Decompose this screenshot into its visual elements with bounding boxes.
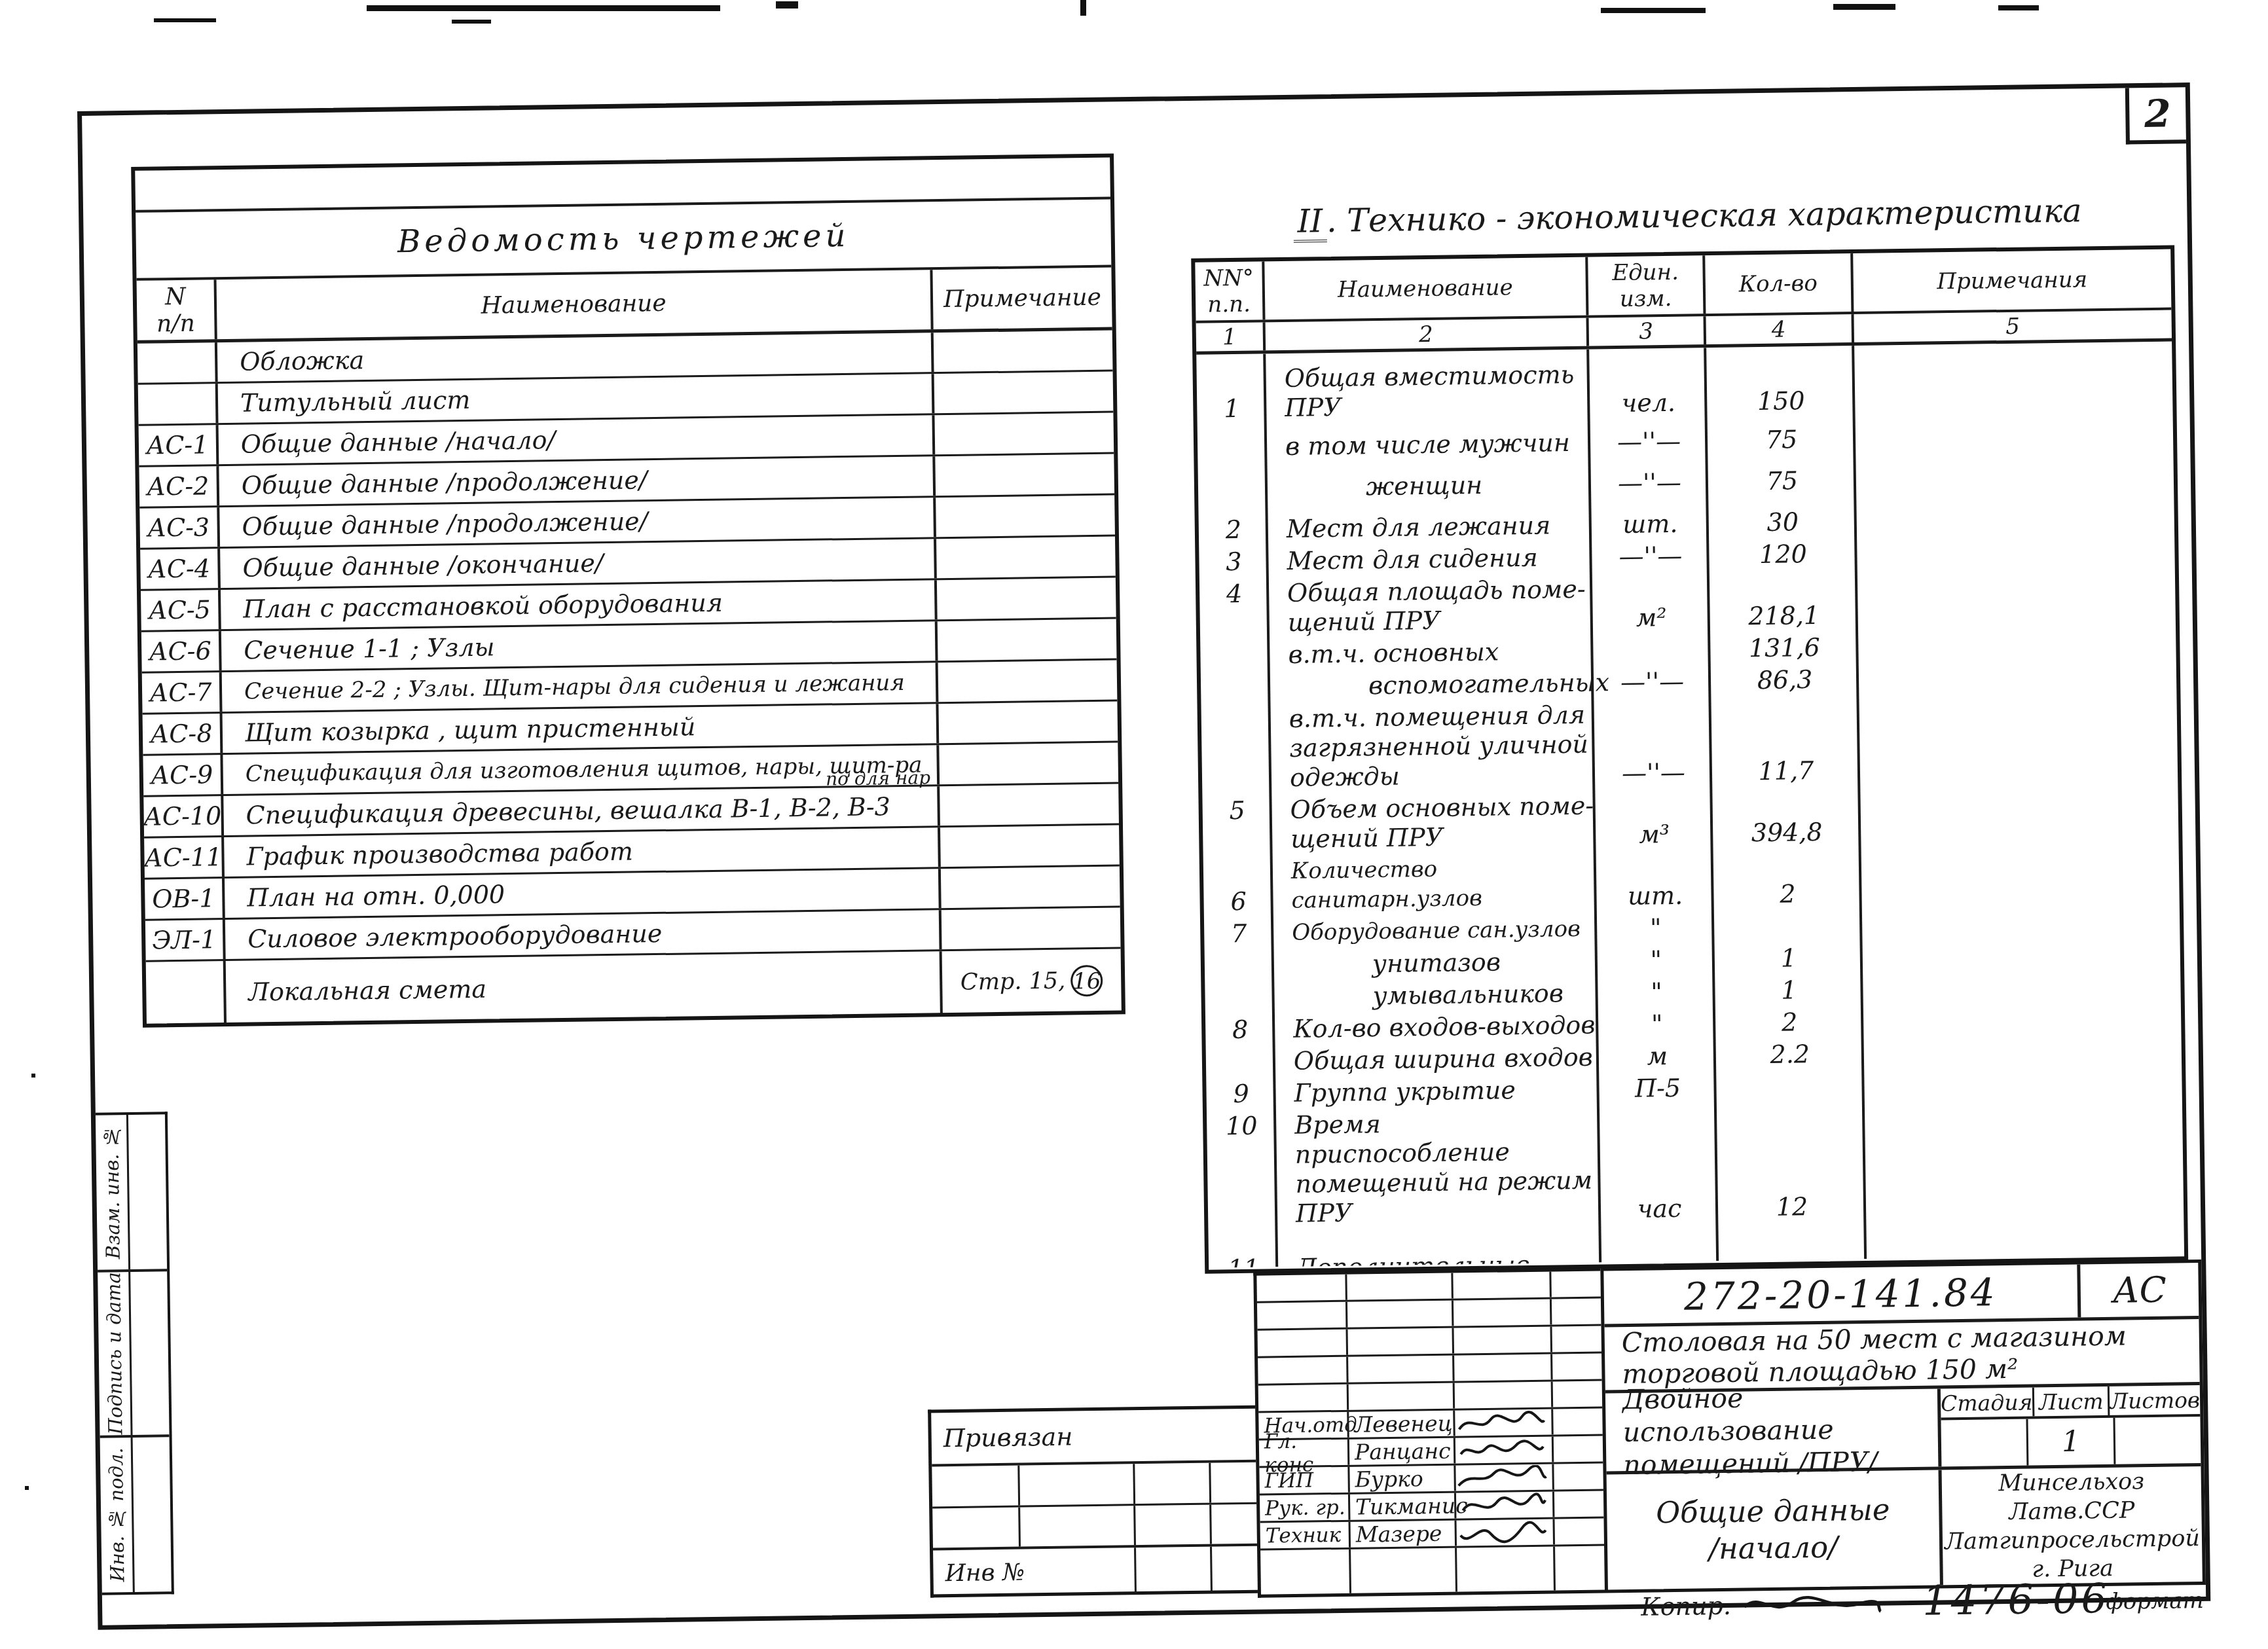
col-header-num: N п/п	[137, 280, 217, 340]
scan-artifact	[1833, 4, 1895, 10]
side-cell: Взам. инв. №	[96, 1114, 167, 1273]
tech-row: 1 Общая вместимость ПРУ чел. 150	[1196, 350, 2172, 425]
signature-scribble	[1455, 1409, 1554, 1436]
scan-artifact	[1998, 5, 2039, 10]
col-header-note: Примечания	[1853, 249, 2171, 312]
signature-scribble	[1456, 1491, 1555, 1518]
col-header-unit: Един. изм.	[1588, 255, 1706, 315]
side-label: Инв. № подл.	[100, 1438, 135, 1593]
sheets-label: Листов	[2110, 1385, 2200, 1415]
project-code: 272-20-141.84	[1603, 1265, 2081, 1324]
scan-artifact	[25, 1486, 29, 1490]
side-label: Подпись и дата	[98, 1273, 132, 1436]
drawing-sheet-frame: 2 Ведомость чертежей N п/п Наименование …	[77, 82, 2210, 1630]
signature-scribble	[1455, 1436, 1554, 1463]
scan-artifact	[154, 18, 216, 22]
stage-sheet-block: Стадия Лист Листов 1	[1941, 1385, 2201, 1466]
title-block-binding: Привязан Инв №	[928, 1405, 1258, 1598]
side-cell: Подпись и дата	[98, 1272, 169, 1438]
sheet-label: Лист	[2034, 1386, 2110, 1417]
scan-artifact	[776, 1, 798, 9]
side-label-strip: Взам. инв. № Подпись и дата Инв. № подл.	[96, 1112, 174, 1595]
signature-row: Гл. конс Ранцанс	[1259, 1436, 1603, 1468]
side-label: Взам. инв. №	[96, 1115, 130, 1270]
signature-row: Техник Мазере	[1260, 1518, 1605, 1550]
scan-artifact	[452, 20, 491, 24]
circled-page-ref: 16	[1070, 964, 1103, 996]
tech-row: женщин —''— 75	[1198, 460, 2174, 505]
drawing-mark: АС	[2080, 1263, 2199, 1317]
tech-row: в том числе мужчин —''— 75	[1198, 418, 2174, 463]
col-header-num: NN° п.п.	[1195, 261, 1265, 320]
inventory-label: Инв №	[933, 1548, 1137, 1596]
subject-name: Двойное использование помещений /ПРУ/	[1605, 1388, 1942, 1471]
title-block-signatures: Нач.отд Левенец Гл. конс Ранцанс ГИП Бур…	[1253, 1267, 1605, 1597]
page-number-box: 2	[2125, 87, 2186, 144]
tech-row: 10 Время приспособление помещений на реж…	[1207, 1097, 2184, 1231]
col-header-qty: Кол-во	[1705, 253, 1854, 314]
tech-chars-body: 1 Общая вместимость ПРУ чел. 150 в том ч…	[1196, 341, 2184, 1267]
col-header-name: Наименование	[217, 270, 934, 339]
signature-row: Рук. гр. Тикманис	[1260, 1491, 1604, 1523]
sheet-number: 1	[2028, 1418, 2115, 1466]
stage-label: Стадия	[1941, 1387, 2035, 1417]
signature-scribble	[1456, 1519, 1555, 1546]
signature-row: ГИП Бурко	[1259, 1463, 1603, 1495]
signature-scribble	[1455, 1464, 1554, 1491]
order-number: 1476-06	[1922, 1574, 2110, 1625]
col-header-name: Наименование	[1264, 257, 1588, 320]
tech-row: в.т.ч. помещения для загрязненной улично…	[1201, 691, 2178, 795]
inventory-row: Инв №	[933, 1546, 1258, 1597]
scan-artifact	[31, 1074, 35, 1078]
tech-chars-title: II. Технико - экономическая характеристи…	[1262, 192, 2113, 241]
copier-label: Копир.	[1641, 1591, 1731, 1622]
drawings-list-table: Ведомость чертежей N п/п Наименование Пр…	[131, 153, 1125, 1027]
document-title: Общие данные /начало/	[1607, 1470, 1943, 1589]
format-label: формат	[2106, 1587, 2204, 1615]
binding-label: Привязан	[931, 1409, 1256, 1467]
title-block-project: 272-20-141.84 АС Столовая на 50 мест с м…	[1600, 1259, 2206, 1593]
binding-grid	[932, 1462, 1257, 1551]
tech-chars-table: NN° п.п. Наименование Един. изм. Кол-во …	[1191, 245, 2188, 1273]
col-header-note: Примечание	[932, 268, 1112, 330]
scan-artifact	[1601, 8, 1706, 13]
scan-artifact	[1080, 0, 1086, 16]
side-cell: Инв. № подл.	[100, 1437, 172, 1593]
scan-artifact	[367, 5, 720, 11]
note-text: Стр. 15,	[960, 968, 1066, 995]
organization-name: Минсельхоз Латв.ССР Латгипросельстрой г.…	[1942, 1466, 2203, 1585]
page-number: 2	[2144, 91, 2171, 136]
copier-line: Копир.	[1641, 1589, 1884, 1622]
drawing-row: Локальная смета Стр. 15, 16	[146, 949, 1122, 1024]
drawings-list-title: Ведомость чертежей	[136, 200, 1111, 281]
signature-scribble	[1740, 1589, 1885, 1620]
